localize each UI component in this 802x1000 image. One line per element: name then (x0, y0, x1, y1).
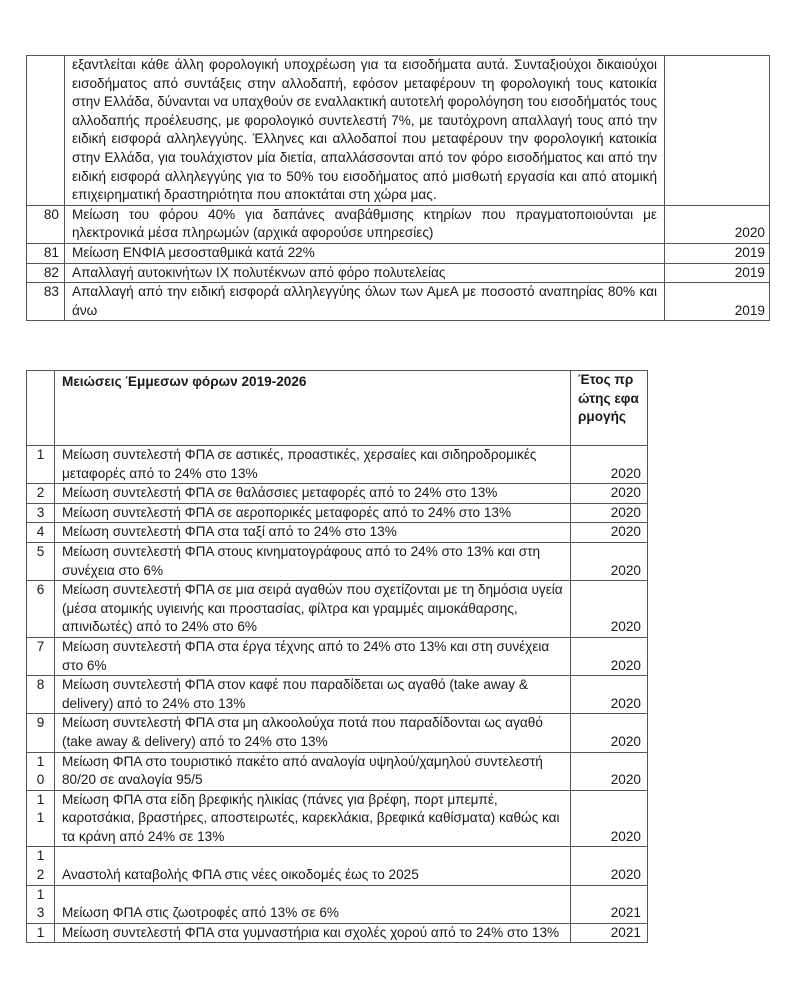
row-number (27, 56, 65, 206)
table-row: 7Μείωση συντελεστή ΦΠΑ στα έργα τέχνης α… (27, 637, 648, 675)
table-title: Μειώσεις Έμμεσων φόρων 2019-2026 (55, 371, 571, 446)
year-cell: 2020 (571, 503, 648, 523)
table-row: 2Μείωση συντελεστή ΦΠΑ σε θαλάσσιες μετα… (27, 484, 648, 504)
row-number: 2 (27, 484, 55, 504)
year-cell: 2020 (571, 714, 648, 752)
row-number-text: 2 (36, 484, 46, 503)
table-row: 11Μείωση ΦΠΑ στα είδη βρεφικής ηλικίας (… (27, 790, 648, 847)
measure-description: Μείωση συντελεστή ΦΠΑ στους κινηματογράφ… (55, 542, 571, 580)
row-number: 82 (27, 263, 65, 283)
table-row: 6Μείωση συντελεστή ΦΠΑ σε μια σειρά αγαθ… (27, 581, 648, 638)
year-column-header: Έτος πρώτης εφαρμογής (571, 371, 648, 446)
row-number: 11 (27, 790, 55, 847)
row-number: 12 (27, 847, 55, 885)
measure-description: Μείωση του φόρου 40% για δαπάνες αναβάθμ… (65, 205, 665, 243)
indirect-tax-reductions-table: Μειώσεις Έμμεσων φόρων 2019-2026 Έτος πρ… (26, 370, 648, 943)
row-number: 1 (27, 923, 55, 943)
measure-description: Μείωση ΦΠΑ στα είδη βρεφικής ηλικίας (πά… (55, 790, 571, 847)
measure-description: Μείωση συντελεστή ΦΠΑ στον καφέ που παρα… (55, 676, 571, 714)
year-cell (665, 56, 770, 206)
measure-description: Απαλλαγή αυτοκινήτων ΙΧ πολυτέκνων από φ… (65, 263, 665, 283)
measure-description: Μείωση συντελεστή ΦΠΑ στα ταξί από το 24… (55, 523, 571, 543)
measure-description: Μείωση συντελεστή ΦΠΑ σε αστικές, προαστ… (55, 446, 571, 484)
row-number: 6 (27, 581, 55, 638)
table-row: 3Μείωση συντελεστή ΦΠΑ σε αεροπορικές με… (27, 503, 648, 523)
row-number-text: 11 (36, 791, 46, 828)
table-row: 13Μείωση ΦΠΑ στις ζωοτροφές από 13% σε 6… (27, 885, 648, 923)
table-row: 5Μείωση συντελεστή ΦΠΑ στους κινηματογρά… (27, 542, 648, 580)
table-header-row: Μειώσεις Έμμεσων φόρων 2019-2026 Έτος πρ… (27, 371, 648, 446)
measure-description: Μείωση ΕΝΦΙΑ μεσοσταθμικά κατά 22% (65, 243, 665, 263)
year-cell: 2020 (571, 484, 648, 504)
measure-description: Μείωση ΦΠΑ στο τουριστικό πακέτο από ανα… (55, 752, 571, 790)
year-cell: 2020 (571, 752, 648, 790)
row-number: 8 (27, 676, 55, 714)
year-cell: 2020 (571, 523, 648, 543)
table-row: 1Μείωση συντελεστή ΦΠΑ σε αστικές, προασ… (27, 446, 648, 484)
table-row: 81 Μείωση ΕΝΦΙΑ μεσοσταθμικά κατά 22% 20… (27, 243, 770, 263)
row-number: 3 (27, 503, 55, 523)
row-number-text: 12 (36, 847, 46, 884)
row-number-text: 3 (36, 504, 46, 523)
measure-description: Μείωση συντελεστή ΦΠΑ στα γυμναστήρια κα… (55, 923, 571, 943)
row-number: 81 (27, 243, 65, 263)
table-row: 8Μείωση συντελεστή ΦΠΑ στον καφέ που παρ… (27, 676, 648, 714)
measure-description: εξαντλείται κάθε άλλη φορολογική υποχρέω… (65, 56, 665, 206)
header-number-cell (27, 371, 55, 446)
year-cell: 2020 (571, 676, 648, 714)
year-cell: 2019 (665, 243, 770, 263)
row-number-text: 7 (36, 638, 46, 657)
table-row: 82 Απαλλαγή αυτοκινήτων ΙΧ πολυτέκνων απ… (27, 263, 770, 283)
measure-description: Μείωση συντελεστή ΦΠΑ σε θαλάσσιες μεταφ… (55, 484, 571, 504)
row-number: 83 (27, 283, 65, 321)
row-number-text: 1 (36, 446, 46, 465)
row-number-text: 4 (36, 523, 46, 542)
table-row: 12Αναστολή καταβολής ΦΠΑ στις νέες οικοδ… (27, 847, 648, 885)
table-row: 4Μείωση συντελεστή ΦΠΑ στα ταξί από το 2… (27, 523, 648, 543)
measure-description: Μείωση συντελεστή ΦΠΑ σε μια σειρά αγαθώ… (55, 581, 571, 638)
measure-description: Απαλλαγή από την ειδική εισφορά αλληλεγγ… (65, 283, 665, 321)
year-cell: 2020 (665, 205, 770, 243)
row-number-text: 8 (36, 676, 46, 695)
year-cell: 2021 (571, 885, 648, 923)
measure-description: Αναστολή καταβολής ΦΠΑ στις νέες οικοδομ… (55, 847, 571, 885)
table-row: 1Μείωση συντελεστή ΦΠΑ στα γυμναστήρια κ… (27, 923, 648, 943)
measure-description: Μείωση ΦΠΑ στις ζωοτροφές από 13% σε 6% (55, 885, 571, 923)
year-cell: 2021 (571, 923, 648, 943)
row-number-text: 1 (36, 924, 46, 943)
table-row: 80 Μείωση του φόρου 40% για δαπάνες αναβ… (27, 205, 770, 243)
row-number-text: 13 (36, 886, 46, 923)
row-number: 1 (27, 446, 55, 484)
row-number: 5 (27, 542, 55, 580)
measure-description: Μείωση συντελεστή ΦΠΑ στα έργα τέχνης απ… (55, 637, 571, 675)
year-cell: 2019 (665, 263, 770, 283)
table-row: 10Μείωση ΦΠΑ στο τουριστικό πακέτο από α… (27, 752, 648, 790)
row-number: 9 (27, 714, 55, 752)
year-cell: 2020 (571, 847, 648, 885)
year-cell: 2020 (571, 790, 648, 847)
row-number-text: 10 (36, 753, 46, 790)
row-number-text: 9 (36, 714, 46, 733)
year-cell: 2020 (571, 542, 648, 580)
year-cell: 2020 (571, 446, 648, 484)
table-row: 9Μείωση συντελεστή ΦΠΑ στα μη αλκοολούχα… (27, 714, 648, 752)
row-number: 10 (27, 752, 55, 790)
row-number: 13 (27, 885, 55, 923)
table-row: εξαντλείται κάθε άλλη φορολογική υποχρέω… (27, 56, 770, 206)
year-cell: 2019 (665, 283, 770, 321)
table-row: 83 Απαλλαγή από την ειδική εισφορά αλληλ… (27, 283, 770, 321)
row-number: 80 (27, 205, 65, 243)
year-cell: 2020 (571, 637, 648, 675)
direct-tax-measures-table: εξαντλείται κάθε άλλη φορολογική υποχρέω… (26, 55, 770, 321)
row-number-text: 5 (36, 543, 46, 562)
year-cell: 2020 (571, 581, 648, 638)
row-number: 7 (27, 637, 55, 675)
measure-description: Μείωση συντελεστή ΦΠΑ στα μη αλκοολούχα … (55, 714, 571, 752)
row-number: 4 (27, 523, 55, 543)
measure-description: Μείωση συντελεστή ΦΠΑ σε αεροπορικές μετ… (55, 503, 571, 523)
row-number-text: 6 (36, 581, 46, 600)
